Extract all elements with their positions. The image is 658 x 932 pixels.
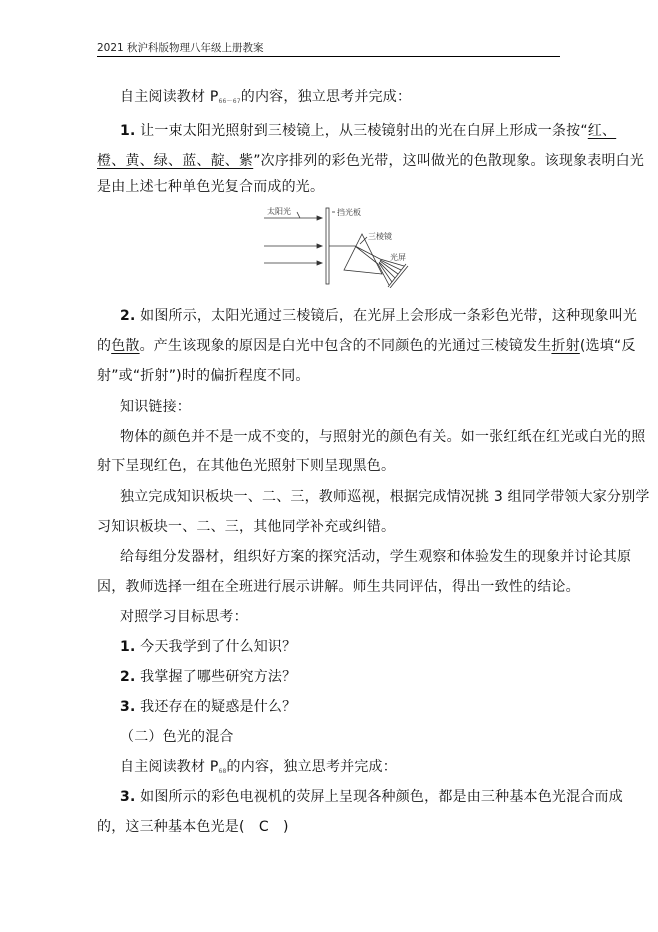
reading-instruction-1: 自主阅读教材 P66～67的内容，独立思考并完成： bbox=[120, 87, 560, 112]
question-1-line-1: 1. 让一束太阳光照射到三棱镜上，从三棱镜射出的光在白屏上形成一条按“红、 bbox=[120, 121, 560, 141]
question-3-line-1: 3. 如图所示的彩色电视机的荧屏上呈现各种颜色，都是由三种基本色光混合而成 bbox=[120, 787, 560, 807]
prism-dispersion-figure: 太阳光 挡光板 三棱镜 光屏 bbox=[262, 204, 412, 288]
question-2-line-2: 的色散。产生该现象的原因是白光中包含的不同颜色的光通过三棱镜发生折射(选填“反 bbox=[97, 336, 560, 356]
question-3-line-2: 的，这三种基本色光是( C ) bbox=[97, 817, 560, 837]
page-range: 66～67 bbox=[219, 98, 241, 105]
label-baffle: 挡光板 bbox=[337, 207, 361, 217]
reading-instruction-2: 自主阅读教材 P68的内容，独立思考并完成： bbox=[120, 757, 560, 782]
knowledge-link-line-1: 物体的颜色并不是一成不变的，与照射光的颜色有关。如一张红纸在红光或白光的照 bbox=[120, 427, 560, 447]
document-header: 2021 秋沪科版物理八年级上册教案 bbox=[97, 40, 560, 55]
question-2-line-3: 射”或“折射”)时的偏折程度不同。 bbox=[97, 366, 560, 386]
question-number: 1. bbox=[120, 123, 135, 139]
knowledge-link-line-2: 射下呈现红色，在其他色光照射下则呈现黑色。 bbox=[97, 456, 560, 476]
label-screen: 光屏 bbox=[390, 252, 406, 262]
header-divider bbox=[97, 56, 560, 57]
reflection-item-2: 2. 我掌握了哪些研究方法？ bbox=[120, 667, 560, 687]
activity-2-line-1: 给每组分发器材，组织好方案的探究活动，学生观察和体验发生的现象并讨论其原 bbox=[120, 547, 560, 567]
answer-blank: 色散 bbox=[111, 338, 139, 354]
activity-1-line-2: 习知识板块一、二、三，其他同学补充或纠错。 bbox=[97, 517, 560, 537]
reflection-title: 对照学习目标思考： bbox=[120, 607, 560, 627]
section-2-heading: （二）色光的混合 bbox=[120, 727, 560, 747]
answer-blank: 折射 bbox=[551, 338, 579, 354]
answer-blank: 红、 bbox=[588, 123, 616, 139]
question-number: 3. bbox=[120, 789, 135, 805]
question-2-line-1: 2. 如图所示，太阳光通过三棱镜后，在光屏上会形成一条彩色光带，这种现象叫光 bbox=[120, 306, 560, 326]
label-prism: 三棱镜 bbox=[368, 231, 392, 241]
activity-2-line-2: 因，教师选择一组在全班进行展示讲解。师生共同评估，得出一致性的结论。 bbox=[97, 577, 560, 597]
activity-1-line-1: 独立完成知识板块一、二、三，教师巡视，根据完成情况挑 3 组同学带领大家分别学 bbox=[120, 487, 560, 507]
label-sunlight: 太阳光 bbox=[267, 206, 291, 216]
question-number: 2. bbox=[120, 308, 135, 324]
question-1-line-2: 橙、黄、绿、蓝、靛、紫”次序排列的彩色光带，这叫做光的色散现象。该现象表明白光 bbox=[97, 151, 560, 171]
knowledge-link-title: 知识链接： bbox=[120, 397, 560, 417]
reflection-item-3: 3. 我还存在的疑惑是什么？ bbox=[120, 697, 560, 717]
page-range: 68 bbox=[219, 768, 227, 775]
reflection-item-1: 1. 今天我学到了什么知识？ bbox=[120, 637, 560, 657]
answer-blank: 橙、黄、绿、蓝、靛、紫 bbox=[97, 153, 253, 169]
question-1-line-3: 是由上述七种单色光复合而成的光。 bbox=[97, 177, 560, 197]
